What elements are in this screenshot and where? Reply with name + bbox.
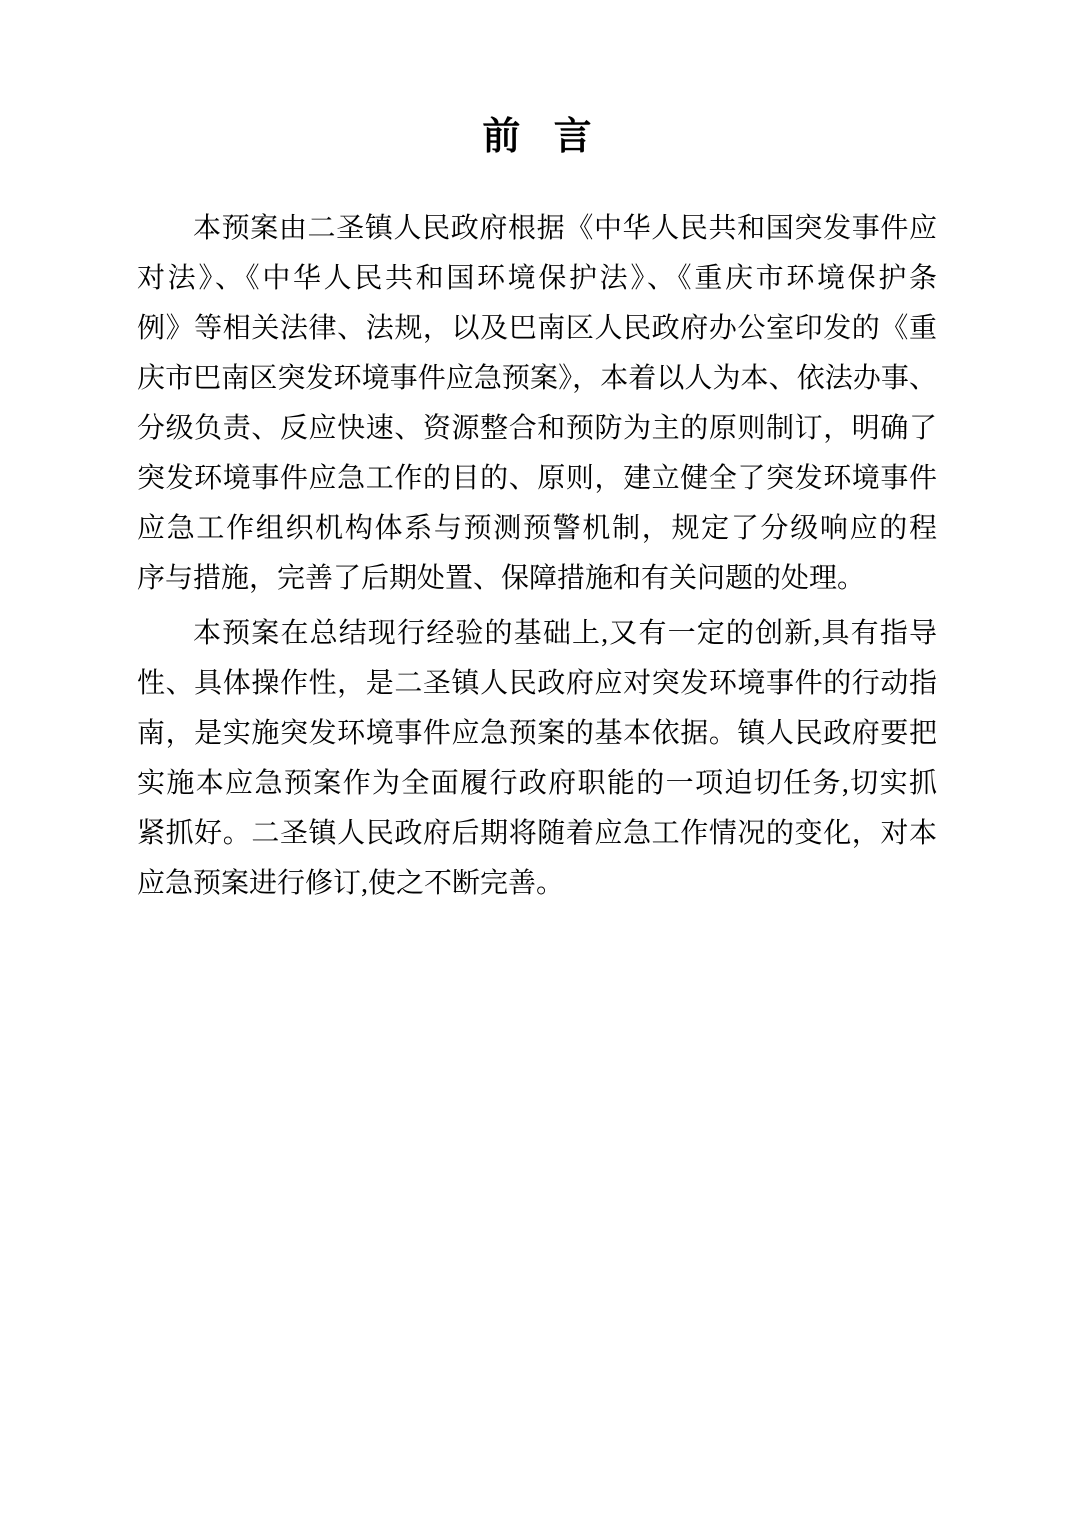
text-line: 突发环境事件应急工作的目的、原则，建立健全了突发环境事件 [137,454,937,504]
text-line: 应急工作组织机构体系与预测预警机制，规定了分级响应的程 [137,504,937,554]
paragraph: 本预案在总结现行经验的基础上,又有一定的创新,具有指导性、具体操作性，是二圣镇人… [137,609,937,909]
text-line: 序与措施，完善了后期处置、保障措施和有关问题的处理。 [137,554,937,604]
text-line: 对法》、《中华人民共和国环境保护法》、《重庆市环境保护条 [137,254,937,304]
text-line: 本预案由二圣镇人民政府根据《中华人民共和国突发事件应 [137,204,937,254]
text-line: 实施本应急预案作为全面履行政府职能的一项迫切任务,切实抓 [137,759,937,809]
text-line: 例》等相关法律、法规，以及巴南区人民政府办公室印发的《重 [137,304,937,354]
text-line: 本预案在总结现行经验的基础上,又有一定的创新,具有指导 [137,609,937,659]
text-line: 分级负责、反应快速、资源整合和预防为主的原则制订，明确了 [137,404,937,454]
document-page: 前 言 本预案由二圣镇人民政府根据《中华人民共和国突发事件应对法》、《中华人民共… [0,0,1074,1520]
text-line: 紧抓好。二圣镇人民政府后期将随着应急工作情况的变化，对本 [137,809,937,859]
paragraph: 本预案由二圣镇人民政府根据《中华人民共和国突发事件应对法》、《中华人民共和国环境… [137,204,937,604]
page-title: 前 言 [0,0,1074,156]
text-line: 庆市巴南区突发环境事件应急预案》，本着以人为本、依法办事、 [137,354,937,404]
document-body: 本预案由二圣镇人民政府根据《中华人民共和国突发事件应对法》、《中华人民共和国环境… [137,204,937,909]
text-line: 南，是实施突发环境事件应急预案的基本依据。镇人民政府要把 [137,709,937,759]
text-line: 性、具体操作性，是二圣镇人民政府应对突发环境事件的行动指 [137,659,937,709]
text-line: 应急预案进行修订,使之不断完善。 [137,859,937,909]
